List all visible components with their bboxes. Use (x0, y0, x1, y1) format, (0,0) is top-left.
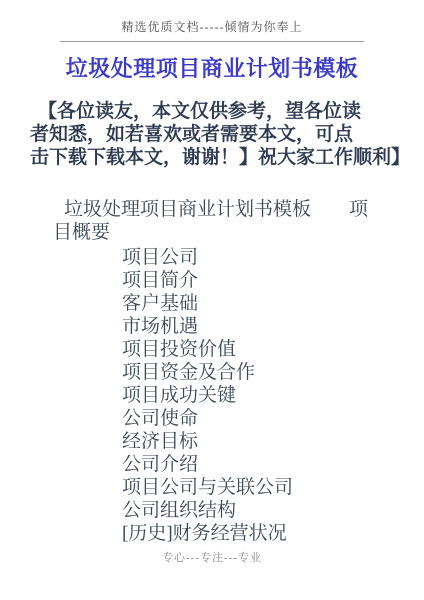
toc-item-project-company: 项目公司 (122, 246, 424, 269)
notice-line-3: 击下载下载本文，谢谢！】祝大家工作顺利】 (30, 146, 396, 169)
document-title: 垃圾处理项目商业计划书模板 (0, 54, 424, 84)
toc-item-financial-history: [历史]财务经营状况 (122, 522, 424, 545)
toc-item-project-intro: 项目简介 (122, 269, 424, 292)
notice-line-2: 者知悉，如若喜欢或者需要本文，可点 (30, 123, 396, 146)
toc-item-company-profile: 公司介绍 (122, 453, 424, 476)
toc-item-customer-base: 客户基础 (122, 292, 424, 315)
section-heading: 垃圾处理项目商业计划书模板 项 目概要 (53, 198, 396, 244)
toc-list: 项目公司 项目简介 客户基础 市场机遇 项目投资价值 项目资金及合作 项目成功关… (122, 246, 424, 545)
header-divider (60, 41, 364, 42)
toc-item-company-mission: 公司使命 (122, 407, 424, 430)
toc-item-success-keys: 项目成功关键 (122, 384, 424, 407)
reader-notice: 【各位读友，本文仅供参考，望各位读 者知悉，如若喜欢或者需要本文，可点 击下载下… (30, 100, 396, 169)
toc-item-market-opportunity: 市场机遇 (122, 315, 424, 338)
toc-item-economic-goals: 经济目标 (122, 430, 424, 453)
section-heading-line-1: 垃圾处理项目商业计划书模板 项 (53, 198, 396, 221)
toc-item-investment-value: 项目投资价值 (122, 338, 424, 361)
document-page: 精选优质文档-----倾情为你奉上 垃圾处理项目商业计划书模板 【各位读友，本文… (0, 0, 424, 600)
header-slogan: 精选优质文档-----倾情为你奉上 (0, 20, 424, 35)
toc-item-org-structure: 公司组织结构 (122, 499, 424, 522)
page-header: 精选优质文档-----倾情为你奉上 (0, 0, 424, 42)
toc-item-funding-cooperation: 项目资金及合作 (122, 361, 424, 384)
toc-item-affiliated-companies: 项目公司与关联公司 (122, 476, 424, 499)
section-heading-line-2: 目概要 (53, 221, 396, 244)
page-footer: 专心---专注---专业 (0, 551, 424, 565)
notice-line-1: 【各位读友，本文仅供参考，望各位读 (30, 100, 396, 123)
